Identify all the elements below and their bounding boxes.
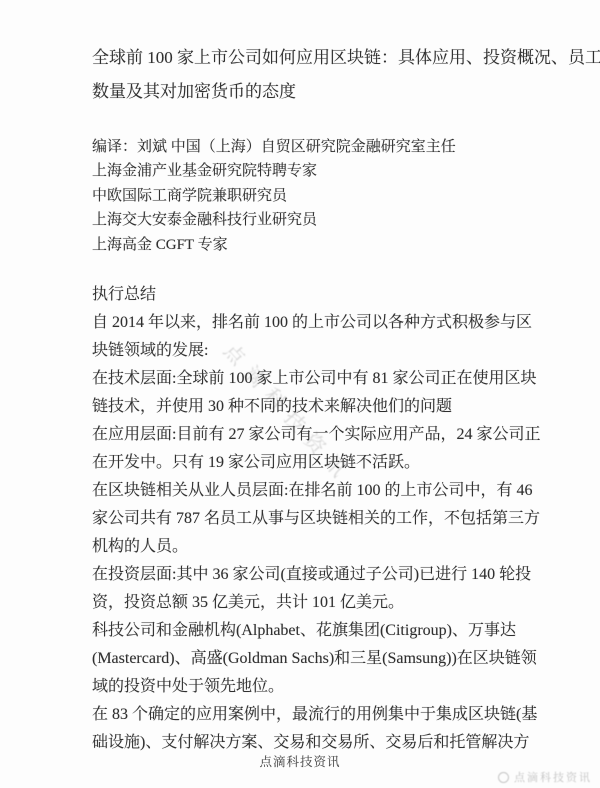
- body-line: 科技公司和金融机构(Alphabet、花旗集团(Citigroup)、万事达: [92, 617, 562, 645]
- body-line: 链技术，并使用 30 种不同的技术来解决他们的问题: [92, 393, 562, 421]
- author-line: 上海金浦产业基金研究院特聘专家: [92, 159, 552, 183]
- body-line: 在开发中。只有 19 家公司应用区块链不活跃。: [92, 449, 562, 477]
- author-line: 编译：刘斌 中国（上海）自贸区研究院金融研究室主任: [92, 135, 552, 159]
- watermark-logo-icon: [498, 772, 509, 783]
- body-line: 在技术层面:全球前 100 家上市公司中有 81 家公司正在使用区块: [92, 365, 562, 393]
- body-line: 机构的人员。: [92, 533, 562, 561]
- body-line: 在投资层面:其中 36 家公司(直接或通过子公司)已进行 140 轮投: [92, 561, 562, 589]
- body-line: (Mastercard)、高盛(Goldman Sachs)和三星(Samsun…: [92, 645, 562, 673]
- corner-watermark: 点滴科技资讯: [498, 769, 592, 785]
- document-title: 全球前 100 家上市公司如何应用区块链：具体应用、投资概况、员工 数量及其对加…: [92, 41, 552, 108]
- body-line: 资，投资总额 35 亿美元，共计 101 亿美元。: [92, 589, 562, 617]
- corner-watermark-text: 点滴科技资讯: [514, 769, 592, 785]
- title-line: 全球前 100 家上市公司如何应用区块链：具体应用、投资概况、员工: [92, 41, 552, 75]
- body-line: 在应用层面:目前有 27 家公司有一个实际应用产品，24 家公司正: [92, 421, 562, 449]
- body-line: 域的投资中处于领先地位。: [92, 673, 562, 701]
- footer-source: 点滴科技资讯: [0, 752, 600, 770]
- author-line: 上海交大安泰金融科技行业研究员: [92, 208, 552, 232]
- title-line: 数量及其对加密货币的态度: [92, 75, 552, 109]
- body-line: 在区块链相关从业人员层面:在排名前 100 的上市公司中，有 46: [92, 477, 562, 505]
- author-line: 上海高金 CGFT 专家: [92, 233, 552, 257]
- body-line: 在 83 个确定的应用案例中，最流行的用例集中于集成区块链(基: [92, 701, 562, 729]
- body-section-heading: 执行总结: [92, 281, 562, 309]
- body-line: 家公司共有 787 名员工从事与区块链相关的工作，不包括第三方: [92, 505, 562, 533]
- body-line: 块链领域的发展:: [92, 337, 562, 365]
- author-block: 编译：刘斌 中国（上海）自贸区研究院金融研究室主任 上海金浦产业基金研究院特聘专…: [92, 135, 552, 257]
- author-line: 中欧国际工商学院兼职研究员: [92, 184, 552, 208]
- body-text: 执行总结 自 2014 年以来，排名前 100 的上市公司以各种方式积极参与区 …: [92, 281, 562, 757]
- document-page: 点滴科技资讯 全球前 100 家上市公司如何应用区块链：具体应用、投资概况、员工…: [0, 0, 600, 788]
- body-line: 自 2014 年以来，排名前 100 的上市公司以各种方式积极参与区: [92, 309, 562, 337]
